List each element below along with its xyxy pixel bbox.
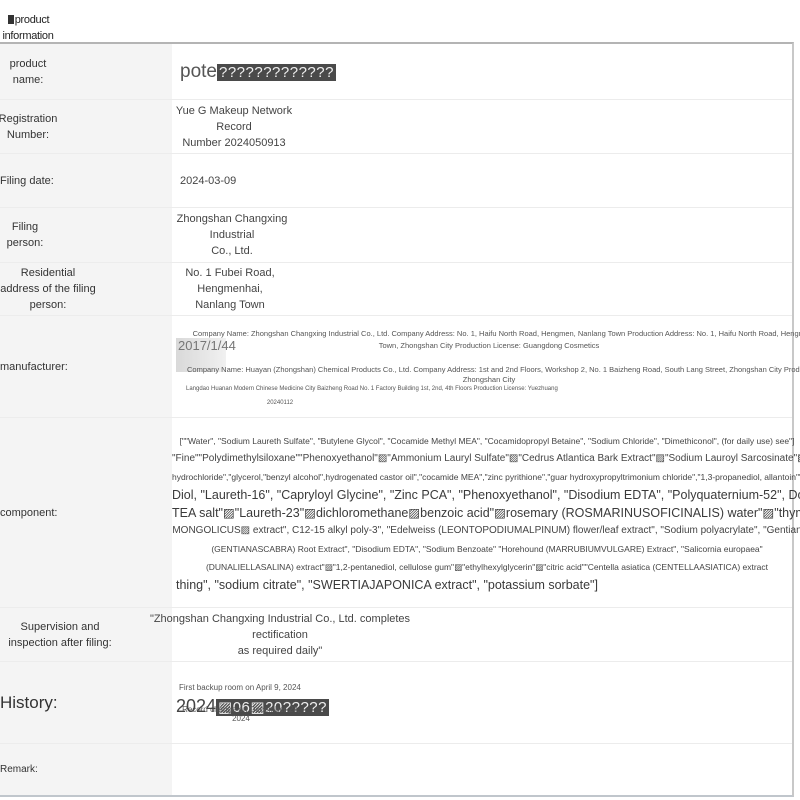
product-info-table: product name: pote????????????? Registra… (0, 42, 794, 797)
label-filing-date: Filing date: (0, 154, 100, 207)
value-remark (172, 744, 792, 795)
label-supervision: Supervision and inspection after filing: (0, 608, 120, 661)
value-product-name: pote????????????? (172, 44, 792, 99)
row-remark: Remark: (0, 744, 792, 795)
value-residential-address: No. 1 Fubei Road, Hengmenhai, Nanlang To… (172, 263, 288, 315)
row-filing-date: Filing date: 2024-03-09 (0, 154, 792, 208)
label-registration-number: Registration Number: (0, 100, 56, 153)
bracket-mark-icon (8, 15, 14, 24)
row-manufacturer: manufacturer: 2017/1/44 Company Name: Zh… (0, 316, 792, 418)
row-supervision: Supervision and inspection after filing:… (0, 608, 792, 662)
label-remark: Remark: (0, 744, 100, 795)
label-product-name: product name: (0, 44, 56, 99)
value-filing-date: 2024-03-09 (172, 154, 792, 207)
row-residential-address: Residential address of the filing person… (0, 263, 792, 316)
row-product-name: product name: pote????????????? (0, 44, 792, 100)
label-filing-person: Filing person: (0, 208, 50, 262)
row-filing-person: Filing person: Zhongshan Changxing Indus… (0, 208, 792, 263)
label-history: History: (0, 662, 100, 743)
row-history: History: First backup room on April 9, 2… (0, 662, 792, 744)
label-residential-address: Residential address of the filing person… (0, 263, 96, 315)
value-supervision: "Zhongshan Changxing Industrial Co., Ltd… (140, 608, 420, 661)
label-manufacturer: manufacturer: (0, 316, 100, 417)
label-component: component: (0, 418, 100, 607)
value-registration-number: Yue G Makeup Network Record Number 20240… (172, 100, 296, 153)
value-component: [""Water", "Sodium Laureth Sulfate", "Bu… (172, 418, 800, 607)
value-filing-person: Zhongshan Changxing Industrial Co., Ltd. (172, 208, 292, 262)
row-registration-number: Registration Number: Yue G Makeup Networ… (0, 100, 792, 154)
row-component: component: [""Water", "Sodium Laureth Su… (0, 418, 792, 608)
value-manufacturer: Company Name: Zhongshan Changxing Indust… (186, 316, 800, 417)
value-history: First backup room on April 9, 2024 2024▨… (176, 662, 792, 743)
